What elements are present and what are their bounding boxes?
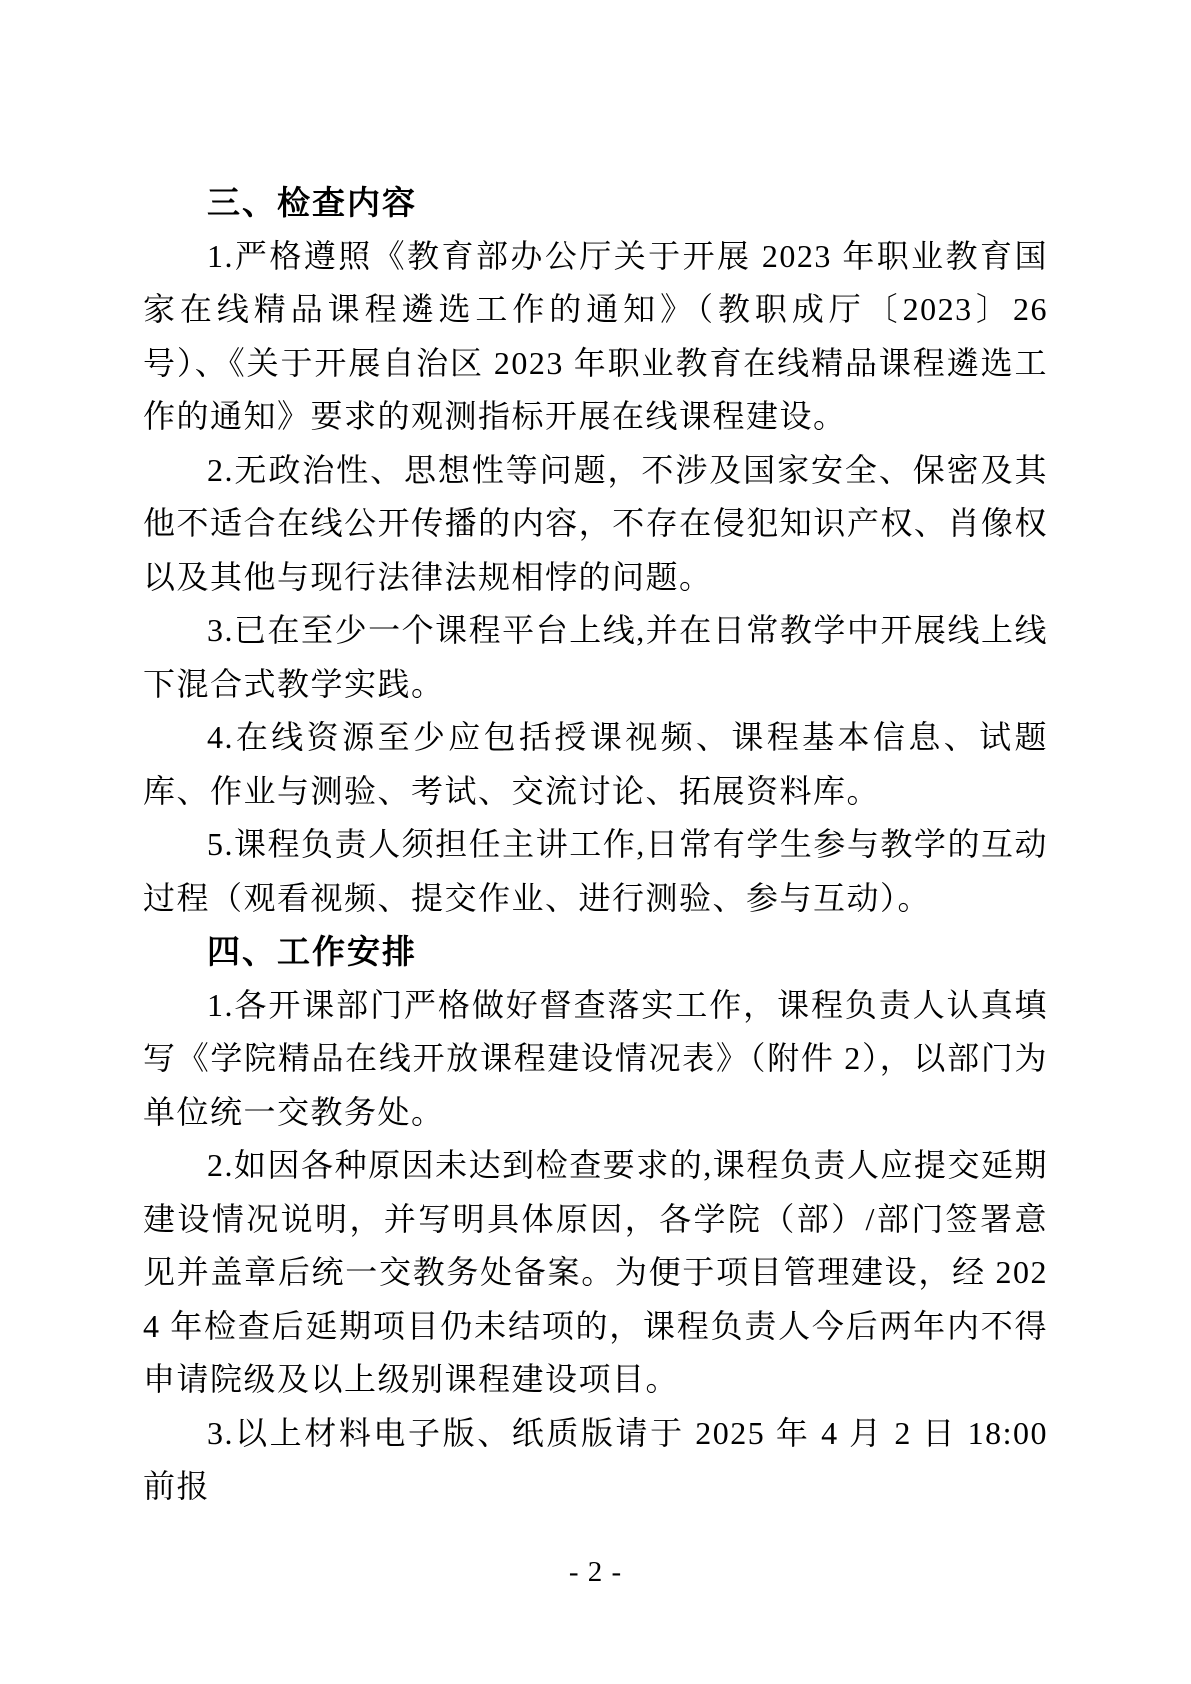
document-page: 三、检查内容 1.严格遵照《教育部办公厅关于开展 2023 年职业教育国家在线精… [0, 0, 1191, 1684]
paragraph-inspection-4: 4.在线资源至少应包括授课视频、课程基本信息、试题库、作业与测验、考试、交流讨论… [143, 711, 1048, 818]
section-heading-work-arrangement: 四、工作安排 [143, 925, 1048, 979]
paragraph-inspection-5: 5.课程负责人须担任主讲工作,日常有学生参与教学的互动过程（观看视频、提交作业、… [143, 818, 1048, 925]
section-heading-inspection-content: 三、检查内容 [143, 176, 1048, 230]
paragraph-arrangement-2: 2.如因各种原因未达到检查要求的,课程负责人应提交延期建设情况说明，并写明具体原… [143, 1139, 1048, 1407]
paragraph-inspection-1: 1.严格遵照《教育部办公厅关于开展 2023 年职业教育国家在线精品课程遴选工作… [143, 230, 1048, 444]
paragraph-inspection-3: 3.已在至少一个课程平台上线,并在日常教学中开展线上线下混合式教学实践。 [143, 604, 1048, 711]
paragraph-inspection-2: 2.无政治性、思想性等问题，不涉及国家安全、保密及其他不适合在线公开传播的内容，… [143, 444, 1048, 605]
document-body: 三、检查内容 1.严格遵照《教育部办公厅关于开展 2023 年职业教育国家在线精… [143, 176, 1048, 1514]
paragraph-arrangement-1: 1.各开课部门严格做好督查落实工作，课程负责人认真填写《学院精品在线开放课程建设… [143, 979, 1048, 1140]
paragraph-arrangement-3: 3.以上材料电子版、纸质版请于 2025 年 4 月 2 日 18:00 前报 [143, 1407, 1048, 1514]
page-number: - 2 - [0, 1552, 1191, 1592]
